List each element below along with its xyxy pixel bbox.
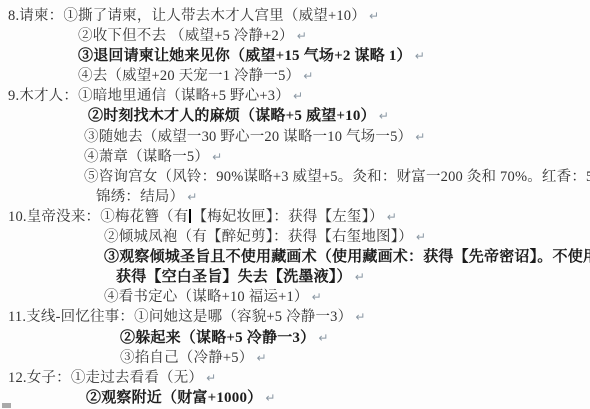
text-line: 12.女子：①走过去看看（无）↵ [0,368,590,388]
text-line: 8.请柬：①撕了请柬，让人带去木才人宫里（威望+10）↵ [0,6,590,26]
text-line: ⑤咨询宫女（风铃：90%谋略+3 威望+5。灸和：财富一200 灸和 70%。红… [0,167,590,187]
line-break-mark-icon: ↵ [256,351,266,365]
line-break-mark-icon: ↵ [415,130,425,144]
line-break-mark-icon: ↵ [387,210,397,224]
line-text: ③掐自己（冷静+5） [120,350,253,366]
text-line: ③随她去（威望一30 野心一20 谋略一10 气场一5）↵ [0,127,590,147]
text-line: ②倾城凤袍（有【醉妃剪】：获得【右玺地图】）↵ [0,227,590,247]
line-break-mark-icon: ↵ [206,371,216,385]
line-text-after-cursor: 【梅妃妆匣】：获得【左玺】） [192,209,383,225]
text-line: ②收下但不去 （威望+5 冷静+2）↵ [0,26,590,46]
text-line: ②观察附近（财富+1000）↵ [0,388,590,408]
line-break-mark-icon: ↵ [303,69,313,83]
text-line: ②躲起来（谋略+5 冷静一3）↵ [0,328,590,348]
line-text: 11.支线-回忆往事：①问她这是哪（容貌+5 冷静一3） [8,309,352,325]
corner-artifact [2,403,11,408]
line-break-mark-icon: ↵ [318,331,328,345]
line-break-mark-icon: ↵ [297,29,307,43]
document-body[interactable]: 8.请柬：①撕了请柬，让人带去木才人宫里（威望+10）↵②收下但不去 （威望+5… [0,6,590,408]
line-text: ②收下但不去 （威望+5 冷静+2） [78,28,294,44]
line-text: ②躲起来（谋略+5 冷静一3） [120,330,315,346]
line-text: ④看书定心（谋略+10 福运+1） [104,289,309,305]
text-line: 11.支线-回忆往事：①问她这是哪（容貌+5 冷静一3）↵ [0,307,590,327]
line-break-mark-icon: ↵ [369,9,379,23]
line-text: ⑤咨询宫女（风铃：90%谋略+3 威望+5。灸和：财富一200 灸和 70%。红… [84,169,590,185]
line-break-mark-icon: ↵ [379,109,389,123]
line-text: ②观察附近（财富+1000） [86,390,262,406]
line-text: ③退回请柬让她来见你（威望+15 气场+2 谋略 1） [78,48,412,64]
text-line: 获得【空白圣旨】失去【洗墨液】）↵ [0,267,590,287]
line-break-mark-icon: ↵ [312,290,322,304]
line-break-mark-icon: ↵ [415,49,425,63]
line-break-mark-icon: ↵ [187,190,197,204]
text-line: 锦绣：结局）↵ [0,187,590,207]
text-line: ③观察倾城圣旨且不使用藏画术（使用藏画术：获得【先帝密诏】。不使用： [0,247,590,267]
line-text: 锦绣：结局） [96,189,184,205]
line-break-mark-icon: ↵ [212,150,222,164]
text-line: ④萧章（谋略一5）↵ [0,147,590,167]
text-line: ③掐自己（冷静+5）↵ [0,348,590,368]
line-text: ③随她去（威望一30 野心一20 谋略一10 气场一5） [84,129,412,145]
line-break-mark-icon: ↵ [416,230,426,244]
line-text: 10.皇帝没来：①梅花簪（有 [8,209,188,225]
text-line: 10.皇帝没来：①梅花簪（有【梅妃妆匣】：获得【左玺】）↵ [0,207,590,227]
line-text: ④去（威望+20 天宠一1 冷静一5） [78,68,300,84]
line-text: 8.请柬：①撕了请柬，让人带去木才人宫里（威望+10） [8,8,366,24]
line-text: 12.女子：①走过去看看（无） [8,370,203,386]
line-break-mark-icon: ↵ [265,391,275,405]
line-text: ②时刻找木才人的麻烦（谋略+5 威望+10） [88,108,376,124]
line-text: ②倾城凤袍（有【醉妃剪】：获得【右玺地图】） [104,229,413,245]
line-break-mark-icon: ↵ [293,89,303,103]
line-text: 获得【空白圣旨】失去【洗墨液】） [116,269,352,285]
line-break-mark-icon: ↵ [355,270,365,284]
line-text: 9.木才人：①暗地里通信（谋略+5 野心+3） [8,88,290,104]
text-line: 9.木才人：①暗地里通信（谋略+5 野心+3）↵ [0,86,590,106]
text-line: ②时刻找木才人的麻烦（谋略+5 威望+10）↵ [0,106,590,126]
line-text: ③观察倾城圣旨且不使用藏画术（使用藏画术：获得【先帝密诏】。不使用： [104,249,590,265]
document-page: 8.请柬：①撕了请柬，让人带去木才人宫里（威望+10）↵②收下但不去 （威望+5… [0,0,590,409]
text-line: ④去（威望+20 天宠一1 冷静一5）↵ [0,66,590,86]
text-line: ③退回请柬让她来见你（威望+15 气场+2 谋略 1）↵ [0,46,590,66]
text-line: ④看书定心（谋略+10 福运+1）↵ [0,287,590,307]
line-break-mark-icon: ↵ [355,310,365,324]
line-text: ④萧章（谋略一5） [84,149,209,165]
